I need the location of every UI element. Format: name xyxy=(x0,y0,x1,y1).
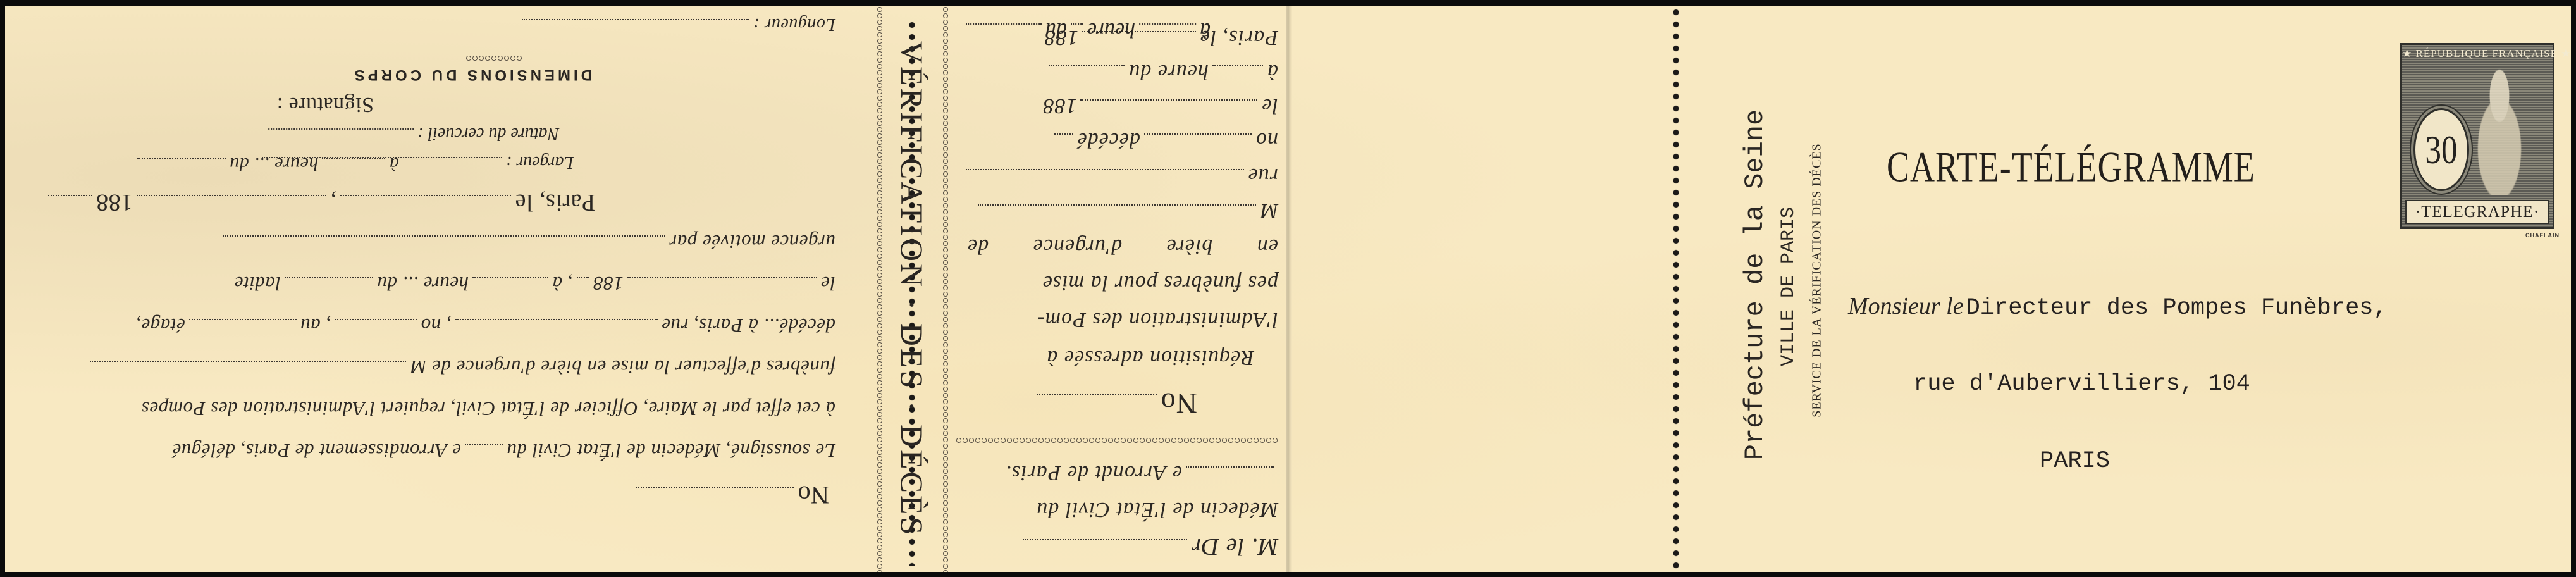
req-line-12: àheure du xyxy=(1045,59,1278,84)
req-line-14: àheuredu xyxy=(962,18,1211,42)
req-line-11: le188 xyxy=(1042,94,1278,118)
form-signature-label: Signature : xyxy=(276,92,374,116)
requisition-panel: M. le Dr Médecin de l'État Civil du e Ar… xyxy=(944,6,1286,572)
req-number-label: No xyxy=(1033,387,1197,420)
fold-line xyxy=(1286,6,1292,572)
recipient-line: Monsieur le Directeur des Pompes Funèbre… xyxy=(1848,292,2388,321)
dimensions-heading: DIMENSIONS DU CORPS xyxy=(352,66,592,84)
form-para-4: décédé... à Paris, rue, no, auétage, xyxy=(136,314,835,337)
blank-panel xyxy=(1292,6,1672,572)
tear-perforation[interactable] xyxy=(1672,6,1680,572)
card-title: CARTE-TÉLÉGRAMME xyxy=(1887,142,2255,192)
req-divider xyxy=(956,438,1278,443)
form-para-1: Le soussigné, Médecin de l'État Civil du… xyxy=(172,439,835,462)
sender-city: VILLE DE PARIS xyxy=(1778,207,1799,366)
form-para-5: le188, àheure ... duladite xyxy=(234,272,835,295)
dimensions-underline xyxy=(465,56,522,61)
sender-block: Préfecture de la Seine VILLE DE PARIS SE… xyxy=(1725,6,1833,572)
form-para-2: à cet effet par le Maire, Officier de l'… xyxy=(141,397,835,420)
form-nature-cercueil: Nature du cercueil : xyxy=(264,123,559,144)
sender-prefecture: Préfecture de la Seine xyxy=(1740,109,1770,461)
form-largeur: Largeur : xyxy=(258,152,574,172)
carte-telegramme-card: No Le soussigné, Médecin de l'État Civil… xyxy=(5,6,2571,572)
recipient-prefix: Monsieur le xyxy=(1848,293,1964,320)
band-title: VÉRIFICATION · DES · DÉCÈS xyxy=(894,41,930,538)
stamp-legend: ★ RÉPUBLIQUE FRANÇAISE ★ xyxy=(2402,47,2553,60)
stamp-allegory-figure-icon xyxy=(2462,63,2537,195)
req-line-1: M. le Dr xyxy=(1019,533,1278,561)
req-line-10: nodécédé xyxy=(1051,128,1278,152)
stamp-bottom-legend: ·TELEGRAPHE· xyxy=(2405,200,2549,224)
form-longueur: Longueur : xyxy=(518,14,835,34)
req-line-3: e Arrondt de Paris. xyxy=(1005,461,1278,485)
stamp-engraver: CHAFLAIN xyxy=(2525,232,2560,239)
req-line-8: M xyxy=(974,199,1278,223)
postage-stamp: ★ RÉPUBLIQUE FRANÇAISE ★ 30 ·TELEGRAPHE· xyxy=(2400,43,2554,229)
form-para-6: urgence motivée par xyxy=(219,230,835,253)
stamp-value-oval: 30 xyxy=(2413,108,2469,191)
sender-service: SERVICE DE LA VÉRIFICATION DES DÉCÈS xyxy=(1810,143,1825,418)
req-line-7: en bière d'urgence de xyxy=(967,234,1278,258)
req-line-9: rue xyxy=(962,163,1278,187)
req-line-6: pes funèbres pour la mise xyxy=(1042,271,1278,295)
form-date-line: Paris, le,188 xyxy=(44,189,595,216)
recipient-city: PARIS xyxy=(2040,448,2110,475)
form-panel: No Le soussigné, Médecin de l'État Civil… xyxy=(5,6,880,572)
form-para-3: funèbres d'effectuer la mise en bière d'… xyxy=(86,356,835,378)
recipient-street: rue d'Aubervilliers, 104 xyxy=(1913,371,2250,397)
req-line-2: Médecin de l'État Civil du xyxy=(1036,497,1278,521)
req-line-4: Réquisition adressée à xyxy=(1046,345,1254,369)
verification-band: VÉRIFICATION · DES · DÉCÈS xyxy=(880,6,944,572)
recipient-name: Directeur des Pompes Funèbres, xyxy=(1966,295,2388,321)
form-number-label: No xyxy=(632,480,829,510)
req-line-5: l'Administration des Pom- xyxy=(1037,307,1278,332)
